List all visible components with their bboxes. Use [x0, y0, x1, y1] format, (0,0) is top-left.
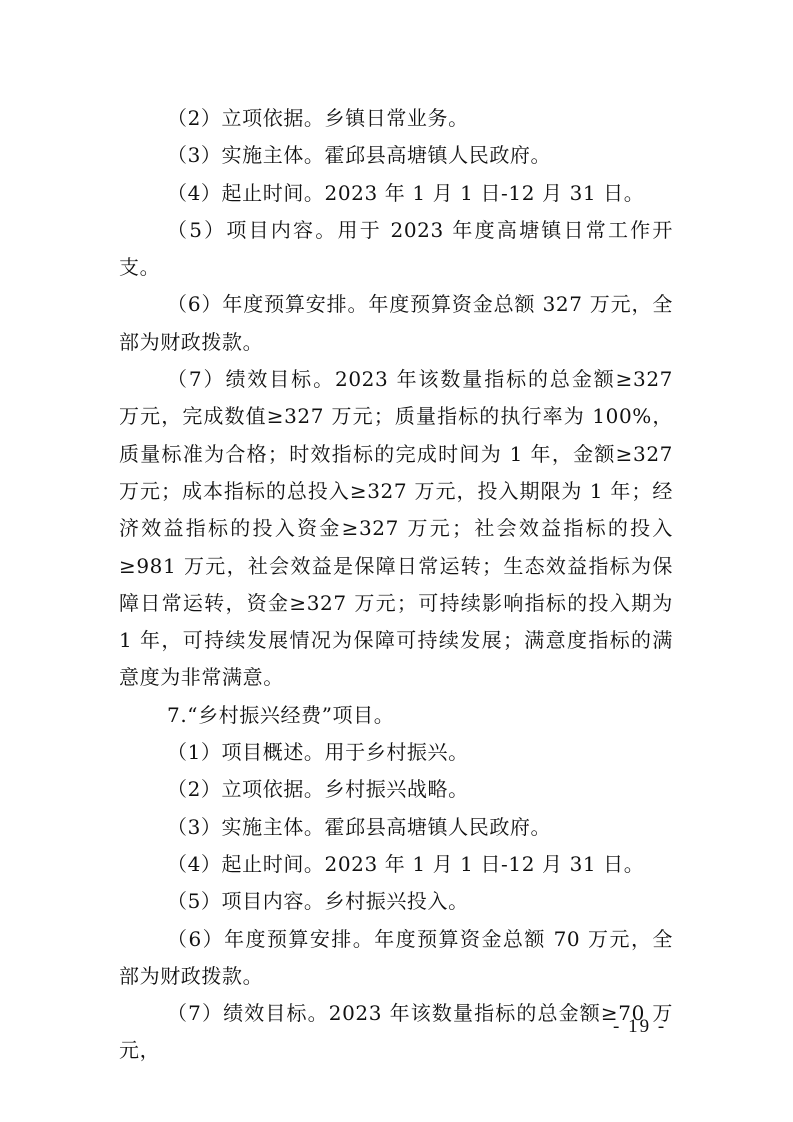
document-body: （2）立项依据。乡镇日常业务。 （3）实施主体。霍邱县高塘镇人民政府。 （4）起…: [119, 100, 673, 1070]
paragraph-implementing-entity: （3）实施主体。霍邱县高塘镇人民政府。: [119, 137, 673, 174]
paragraph-project-basis: （2）立项依据。乡镇日常业务。: [119, 100, 673, 137]
paragraph-implementing-entity-2: （3）实施主体。霍邱县高塘镇人民政府。: [119, 809, 673, 846]
paragraph-annual-budget-2: （6）年度预算安排。年度预算资金总额 70 万元，全部为财政拨款。: [119, 921, 673, 996]
paragraph-annual-budget: （6）年度预算安排。年度预算资金总额 327 万元，全部为财政拨款。: [119, 286, 673, 361]
paragraph-project-content-2: （5）项目内容。乡村振兴投入。: [119, 883, 673, 920]
paragraph-performance-goals: （7）绩效目标。2023 年该数量指标的总金额≥327 万元，完成数值≥327 …: [119, 361, 673, 697]
paragraph-start-end-time: （4）起止时间。2023 年 1 月 1 日-12 月 31 日。: [119, 175, 673, 212]
paragraph-performance-goals-2: （7）绩效目标。2023 年该数量指标的总金额≥70 万元，: [119, 995, 673, 1070]
paragraph-project-basis-2: （2）立项依据。乡村振兴战略。: [119, 771, 673, 808]
paragraph-start-end-time-2: （4）起止时间。2023 年 1 月 1 日-12 月 31 日。: [119, 846, 673, 883]
paragraph-project-overview: （1）项目概述。用于乡村振兴。: [119, 734, 673, 771]
section-heading-rural-revitalization: 7.“乡村振兴经费”项目。: [119, 697, 673, 734]
paragraph-project-content: （5）项目内容。用于 2023 年度高塘镇日常工作开支。: [119, 212, 673, 287]
page-number: - 19 -: [613, 1016, 666, 1038]
